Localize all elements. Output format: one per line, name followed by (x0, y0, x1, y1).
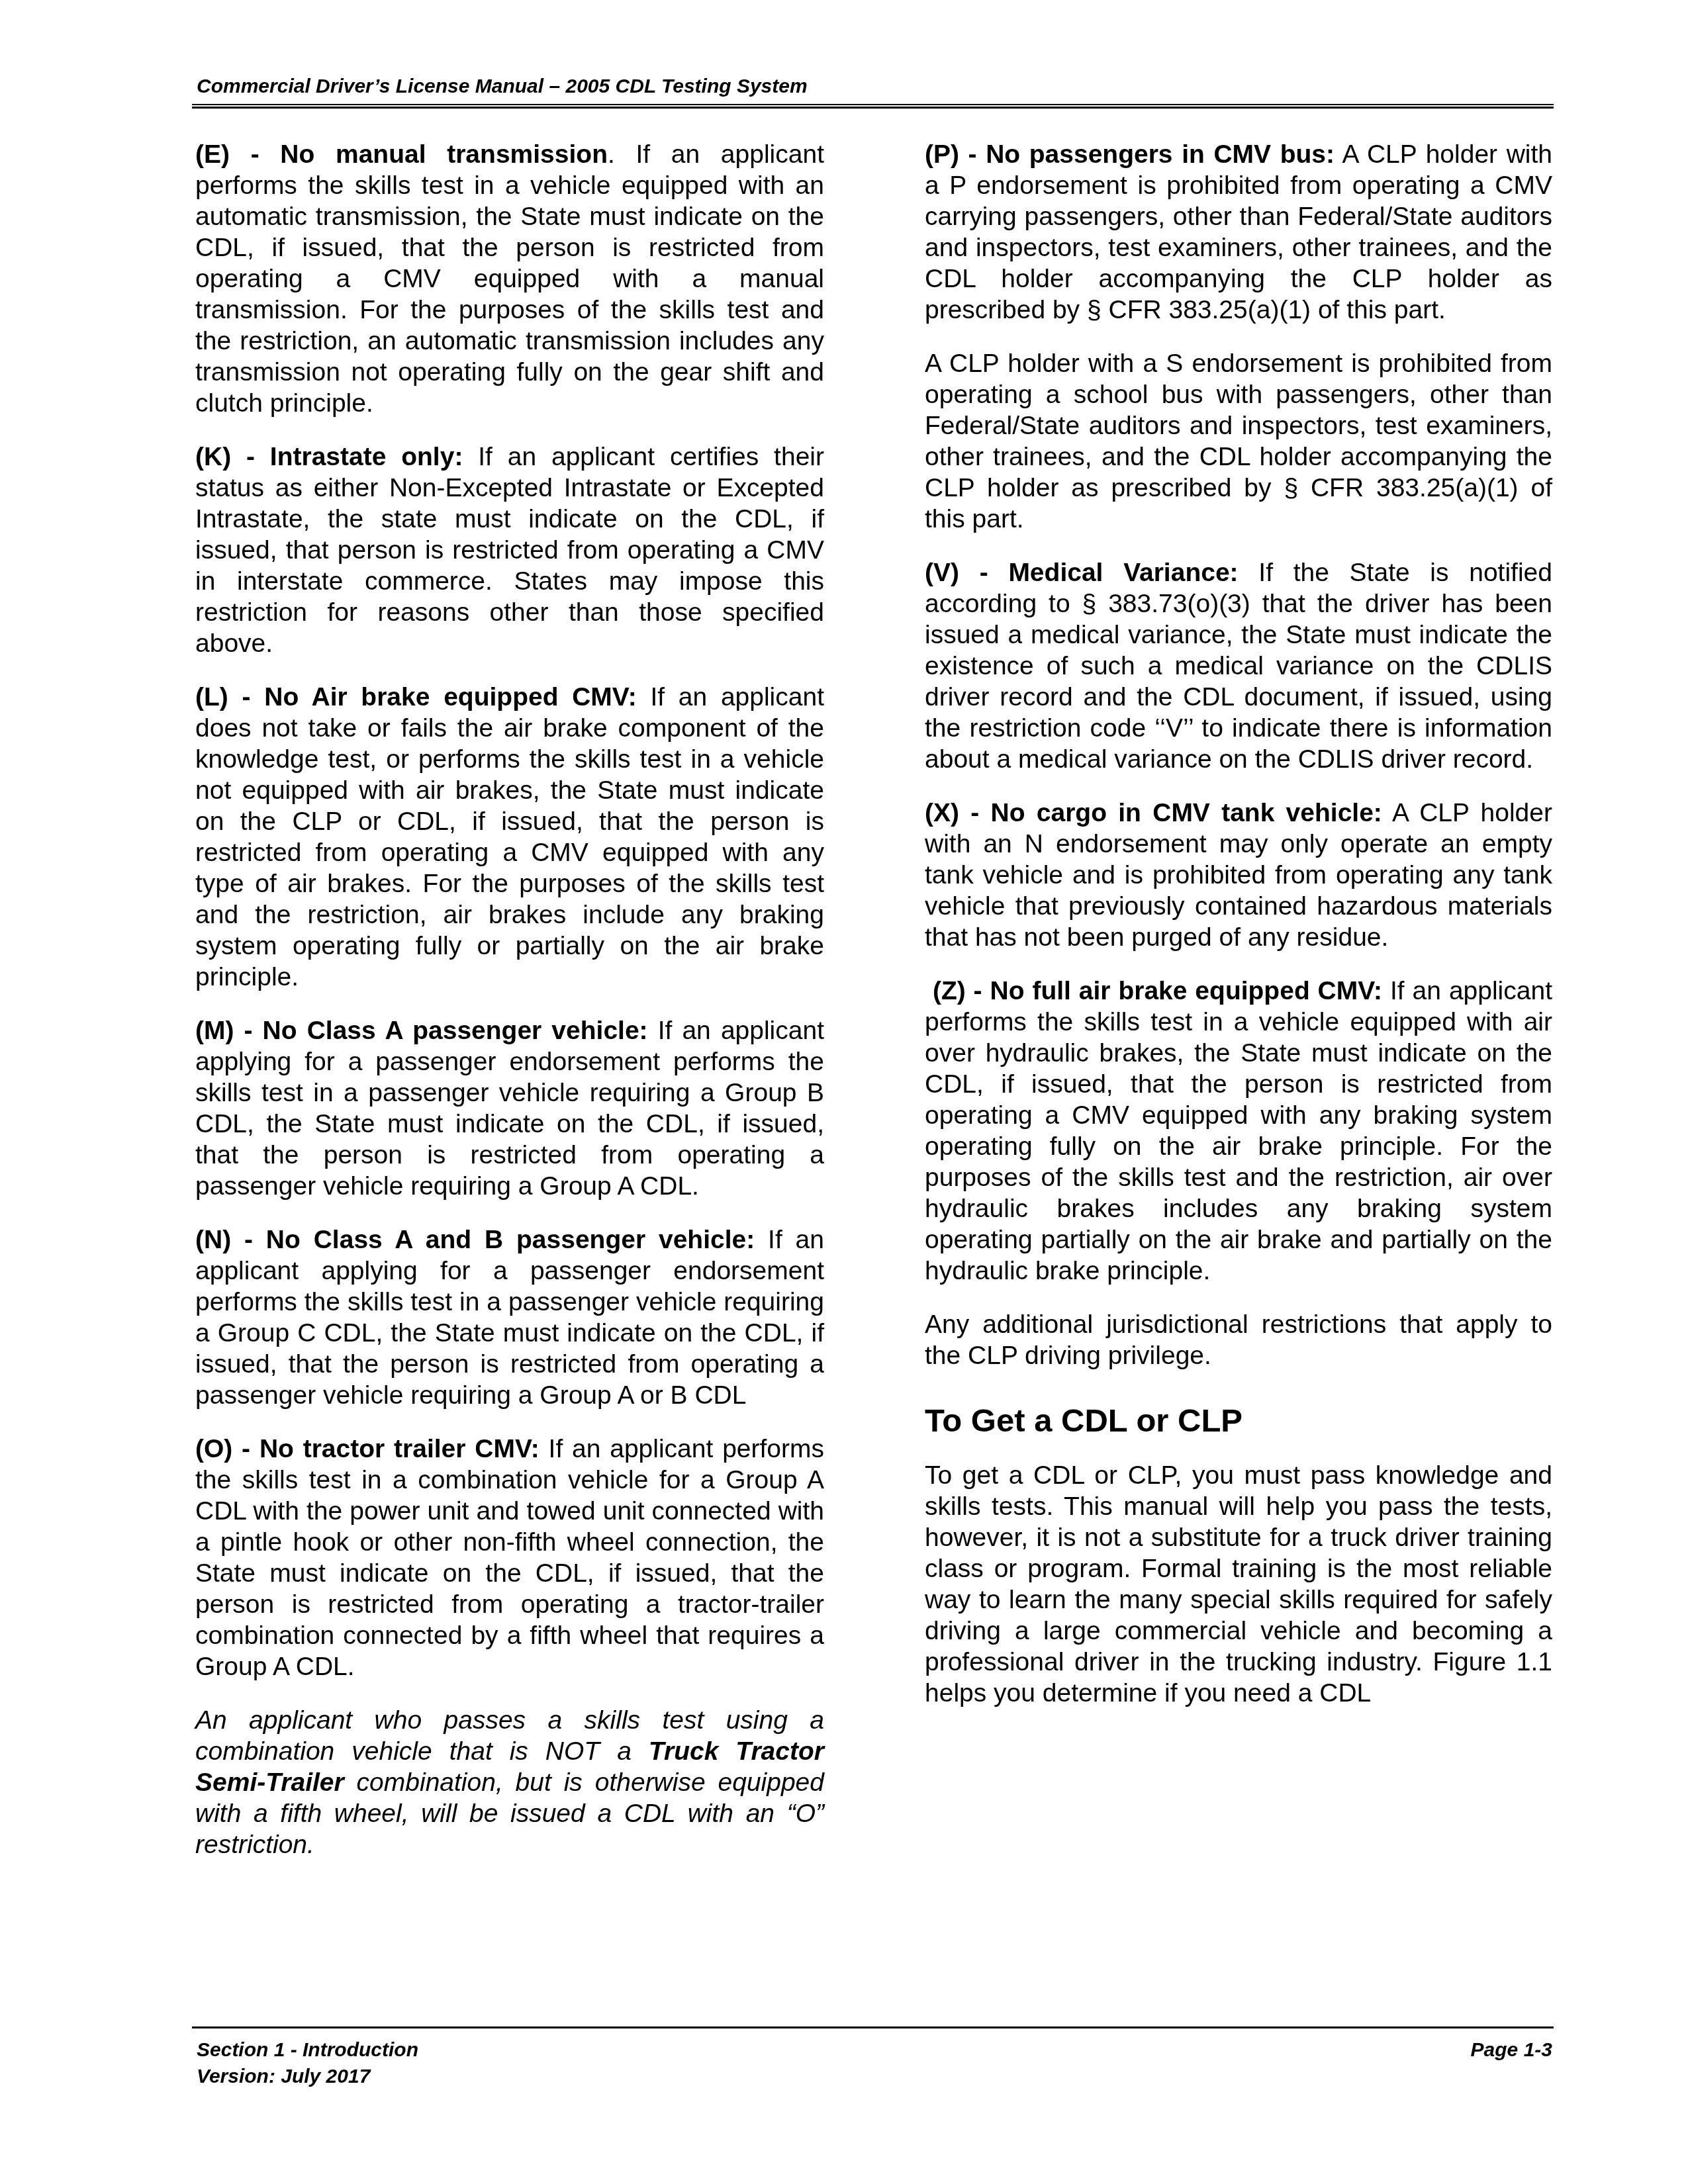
paragraph-restriction-k-body: If an applicant certifies their status a… (195, 443, 824, 658)
footer-page-number: Page 1-3 (1192, 2037, 1552, 2064)
page-footer-left: Section 1 - Introduction Version: July 2… (197, 2037, 418, 2090)
paragraph-additional-restrictions: Any additional jurisdictional restrictio… (925, 1309, 1552, 1371)
paragraph-restriction-o: (O) - No tractor trailer CMV: If an appl… (195, 1433, 824, 1682)
page-footer-right: Page 1-3 (1192, 2037, 1552, 2064)
paragraph-restriction-x-lead: (X) - No cargo in CMV tank vehicle: (925, 799, 1382, 827)
document-page: Commercial Driver’s License Manual – 200… (0, 0, 1688, 2184)
paragraph-restriction-p-lead: (P) - No passengers in CMV bus: (925, 140, 1335, 169)
paragraph-restriction-m-lead: (M) - No Class A passenger vehicle: (195, 1017, 648, 1045)
section-heading-to-get-a-cdl: To Get a CDL or CLP (925, 1402, 1552, 1440)
paragraph-restriction-o-lead: (O) - No tractor trailer CMV: (195, 1435, 539, 1463)
paragraph-restriction-l-body: If an applicant does not take or fails t… (195, 683, 824, 991)
paragraph-to-get-intro-body: To get a CDL or CLP, you must pass knowl… (925, 1461, 1552, 1707)
paragraph-restriction-v-lead: (V) - Medical Variance: (925, 559, 1239, 587)
paragraph-restriction-k-lead: (K) - Intrastate only: (195, 443, 463, 471)
footer-rule (192, 2026, 1554, 2028)
paragraph-restriction-o-body: If an applicant performs the skills test… (195, 1435, 824, 1681)
paragraph-restriction-e-body: . If an applicant performs the skills te… (195, 140, 824, 418)
column-left: (E) - No manual transmission. If an appl… (195, 139, 824, 1883)
paragraph-to-get-intro: To get a CDL or CLP, you must pass knowl… (925, 1460, 1552, 1709)
paragraph-o-note: An applicant who passes a skills test us… (195, 1705, 824, 1860)
paragraph-additional-restrictions-body: Any additional jurisdictional restrictio… (925, 1310, 1552, 1370)
paragraph-s-endorsement-body: A CLP holder with a S endorsement is pro… (925, 349, 1552, 533)
paragraph-restriction-m: (M) - No Class A passenger vehicle: If a… (195, 1015, 824, 1202)
footer-version-label: Version: July 2017 (197, 2064, 418, 2090)
footer-section-label: Section 1 - Introduction (197, 2037, 418, 2064)
paragraph-restriction-x: (X) - No cargo in CMV tank vehicle: A CL… (925, 797, 1552, 953)
paragraph-restriction-k: (K) - Intrastate only: If an applicant c… (195, 441, 824, 659)
header-rule (192, 104, 1554, 109)
paragraph-restriction-l: (L) - No Air brake equipped CMV: If an a… (195, 682, 824, 993)
paragraph-restriction-v: (V) - Medical Variance: If the State is … (925, 557, 1552, 775)
paragraph-restriction-p: (P) - No passengers in CMV bus: A CLP ho… (925, 139, 1552, 326)
paragraph-restriction-n-lead: (N) - No Class A and B passenger vehicle… (195, 1226, 755, 1254)
page-header: Commercial Driver’s License Manual – 200… (197, 74, 1552, 99)
paragraph-restriction-l-lead: (L) - No Air brake equipped CMV: (195, 683, 637, 711)
paragraph-restriction-v-body: If the State is notified according to § … (925, 559, 1552, 774)
paragraph-restriction-e: (E) - No manual transmission. If an appl… (195, 139, 824, 419)
paragraph-s-endorsement: A CLP holder with a S endorsement is pro… (925, 348, 1552, 535)
paragraph-restriction-z-lead: (Z) - No full air brake equipped CMV: (925, 977, 1382, 1005)
paragraph-restriction-z: (Z) - No full air brake equipped CMV: If… (925, 976, 1552, 1287)
column-right: (P) - No passengers in CMV bus: A CLP ho… (925, 139, 1552, 1731)
paragraph-restriction-e-lead: (E) - No manual transmission (195, 140, 608, 169)
paragraph-restriction-z-body: If an applicant performs the skills test… (925, 977, 1552, 1285)
paragraph-restriction-n: (N) - No Class A and B passenger vehicle… (195, 1224, 824, 1411)
